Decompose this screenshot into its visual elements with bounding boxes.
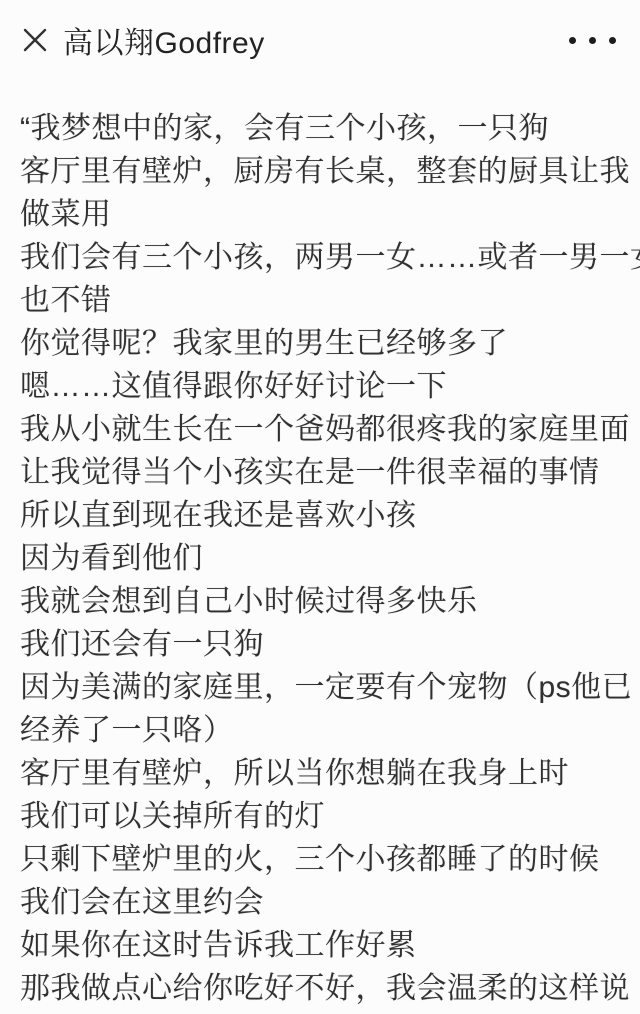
more-ellipsis-icon [569,37,616,44]
quote-line: 所以直到现在我还是喜欢小孩 [20,494,640,537]
quote-line: 我从小就生长在一个爸妈都很疼我的家庭里面 [20,408,640,451]
quote-line: 因为美满的家庭里，一定要有个宠物（ps他已 [20,666,640,709]
quote-line: 客厅里有壁炉，所以当你想躺在我身上时 [20,752,640,795]
quote-line: 你觉得呢？我家里的男生已经够多了 [20,322,640,365]
quote-line: “我梦想中的家，会有三个小孩，一只狗 [20,107,640,150]
quote-line: 我们会有三个小孩，两男一女……或者一男一女 [20,236,640,279]
quote-line: 那我做点心给你吃好不好，我会温柔的这样说 [20,967,640,1010]
article-body: “我梦想中的家，会有三个小孩，一只狗 客厅里有壁炉，厨房有长桌，整套的厨具让我 … [0,80,640,1010]
article-view: 高以翔Godfrey “我梦想中的家，会有三个小孩，一只狗 客厅里有壁炉，厨房有… [0,0,640,1014]
quote-line: 我们还会有一只狗 [20,623,640,666]
quote-line: 做菜用 [20,193,640,236]
quote-line: 也不错 [20,279,640,322]
quote-line: 客厅里有壁炉，厨房有长桌，整套的厨具让我 [20,150,640,193]
close-button[interactable] [20,25,50,55]
quote-line: 让我觉得当个小孩实在是一件很幸福的事情 [20,451,640,494]
title-bar: 高以翔Godfrey [0,0,640,80]
quote-line: 因为看到他们 [20,537,640,580]
page-title: 高以翔Godfrey [63,18,567,62]
more-button[interactable] [567,29,618,52]
quote-line: 我们会在这里约会 [20,881,640,924]
close-icon [22,27,48,53]
quote-line: 如果你在这时告诉我工作好累 [20,924,640,967]
quote-line: 嗯……这值得跟你好好讨论一下 [20,365,640,408]
quote-line: 经养了一只咯） [20,709,640,752]
quote-line: 我就会想到自己小时候过得多快乐 [20,580,640,623]
quote-line: 我们可以关掉所有的灯 [20,795,640,838]
quote-line: 只剩下壁炉里的火，三个小孩都睡了的时候 [20,838,640,881]
